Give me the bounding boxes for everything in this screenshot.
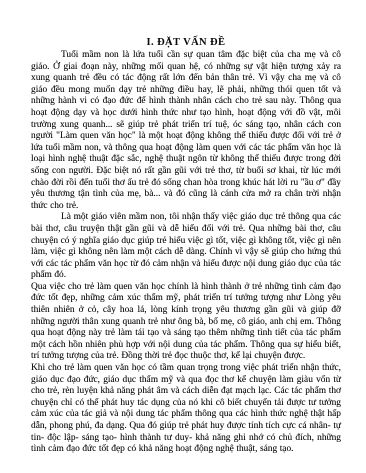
section-title: I. ĐẶT VẤN ĐỀ [31,37,341,49]
paragraph-1: Tuổi mầm non là lứa tuổi cần sự quan tâm… [31,50,341,212]
scanned-document-page: I. ĐẶT VẤN ĐỀ Tuổi mầm non là lứa tuổi c… [0,0,366,473]
paragraph-3: Qua việc cho trẻ làm quen văn học chính … [31,282,341,363]
paragraph-2: Là một giáo viên mầm non, tôi nhận thấy … [31,212,341,282]
paragraph-4: Khi cho trẻ làm quen văn học có tầm quan… [31,363,341,456]
